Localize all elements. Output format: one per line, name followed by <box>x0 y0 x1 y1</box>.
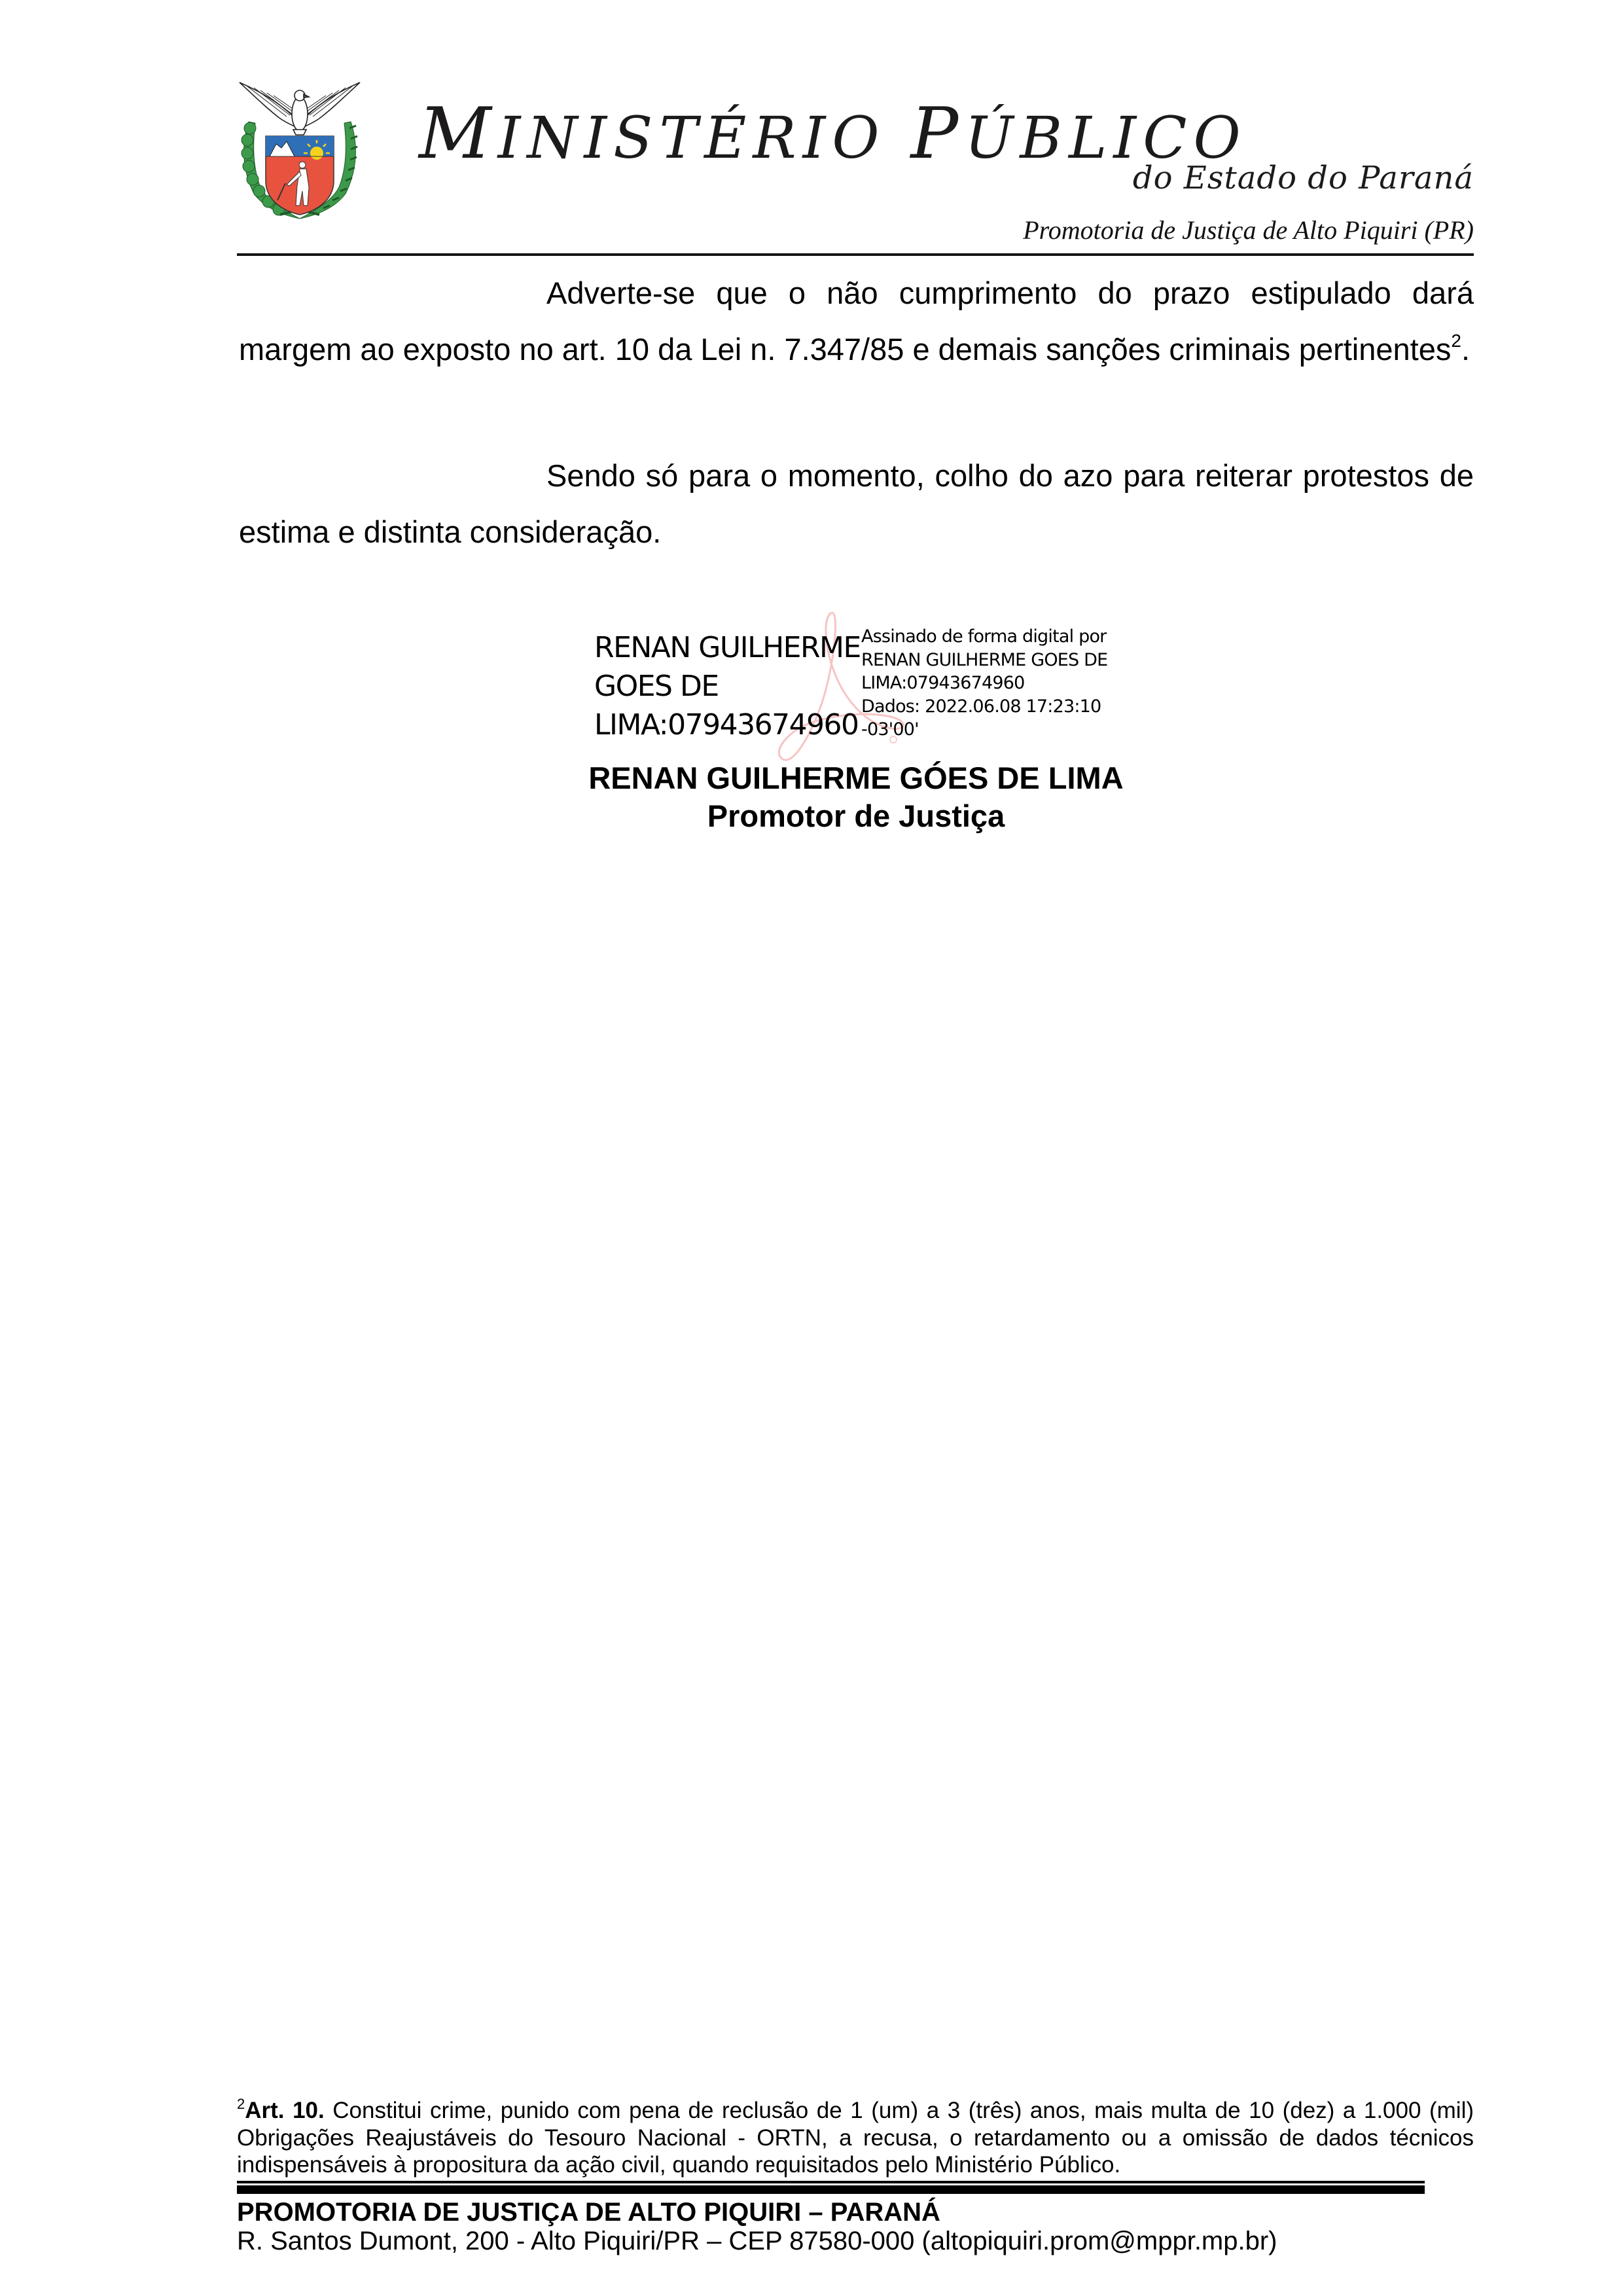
shield-icon <box>266 136 334 215</box>
body-paragraph-1: Adverte-se que o não cumprimento do praz… <box>239 265 1474 378</box>
digital-signature-name: RENAN GUILHERME GOES DE LIMA:07943674960 <box>594 628 861 744</box>
digital-signature-details: Assinado de forma digital por RENAN GUIL… <box>861 625 1107 742</box>
signer-role: Promotor de Justiça <box>458 797 1254 835</box>
eagle-icon <box>240 82 360 135</box>
footer-title: PROMOTORIA DE JUSTIÇA DE ALTO PIQUIRI – … <box>237 2197 940 2227</box>
institution-subtitle: do Estado do Paraná <box>1133 158 1474 198</box>
footnote-number: 2 <box>237 2096 245 2112</box>
parana-coat-of-arms-icon <box>234 76 365 221</box>
footnote-text: Constitui crime, punido com pena de recl… <box>237 2098 1474 2178</box>
footer-address: R. Santos Dumont, 200 - Alto Piquiri/PR … <box>237 2226 1277 2256</box>
footer-divider-thick <box>237 2185 1425 2194</box>
body-paragraph-2: Sendo só para o momento, colho do azo pa… <box>239 448 1474 560</box>
signer-name: RENAN GUILHERME GÓES DE LIMA <box>458 759 1254 797</box>
footnote-reference[interactable]: 2 <box>1451 331 1461 351</box>
signer-block: RENAN GUILHERME GÓES DE LIMA Promotor de… <box>458 759 1254 835</box>
office-name: Promotoria de Justiça de Alto Piquiri (P… <box>1023 215 1474 246</box>
footer-divider-thin <box>237 2181 1425 2183</box>
header-divider <box>237 253 1474 256</box>
footnote: 2Art. 10. Constitui crime, punido com pe… <box>237 2097 1474 2179</box>
footnote-label: Art. 10. <box>245 2098 324 2123</box>
